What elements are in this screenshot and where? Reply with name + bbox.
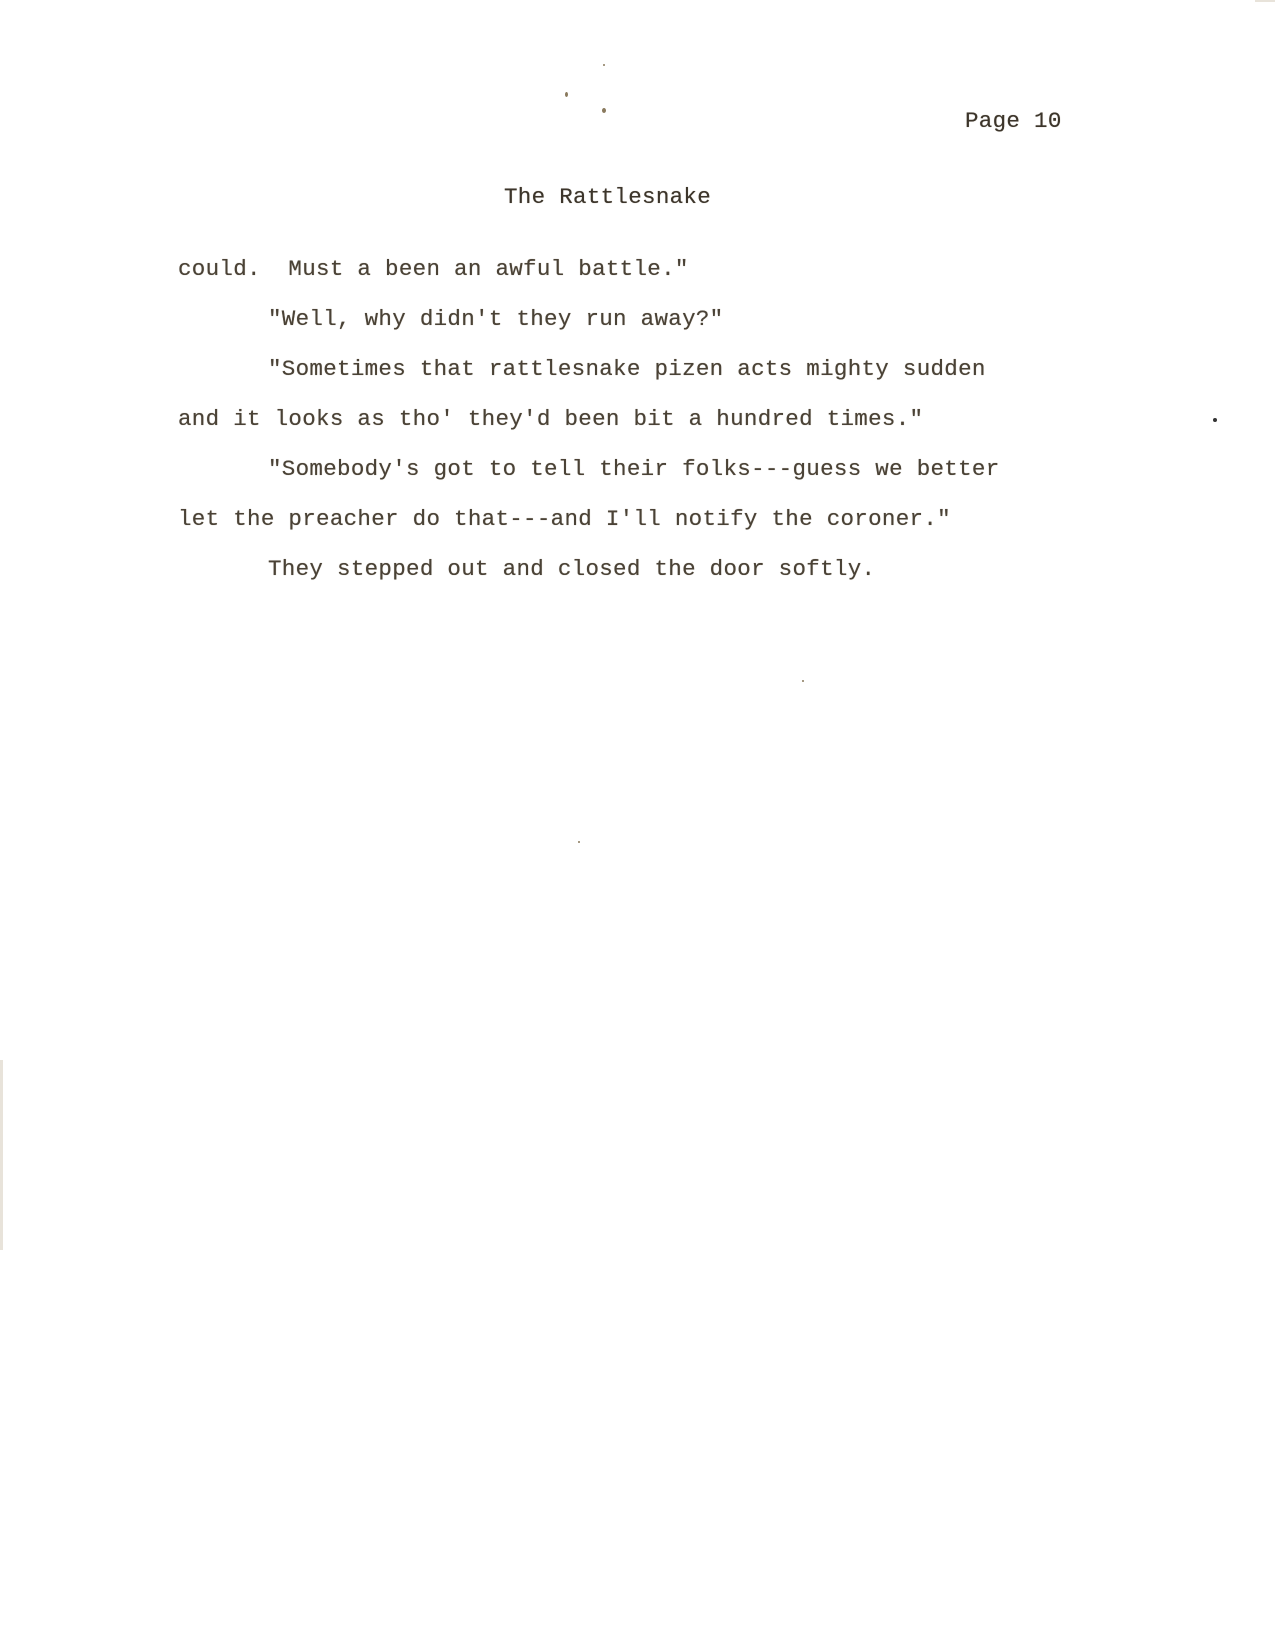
paper-speck [802,680,804,682]
paper-edge [1255,0,1275,2]
text-line: "Well, why didn't they run away?" [268,306,723,332]
text-line: "Sometimes that rattlesnake pizen acts m… [268,356,986,382]
text-line: and it looks as tho' they'd been bit a h… [178,406,923,432]
paper-speck [603,64,605,66]
paper-edge [0,1060,3,1250]
paper-speck [565,92,568,97]
paper-speck [578,841,580,843]
text-line: "Somebody's got to tell their folks---gu… [268,456,1000,482]
text-line: They stepped out and closed the door sof… [268,556,875,582]
paper-speck [602,108,606,113]
text-line: could. Must a been an awful battle." [178,256,689,282]
page-number: Page 10 [965,108,1062,134]
paper-speck [1213,418,1217,422]
text-line: let the preacher do that---and I'll noti… [178,506,951,532]
document-title: The Rattlesnake [504,184,711,210]
